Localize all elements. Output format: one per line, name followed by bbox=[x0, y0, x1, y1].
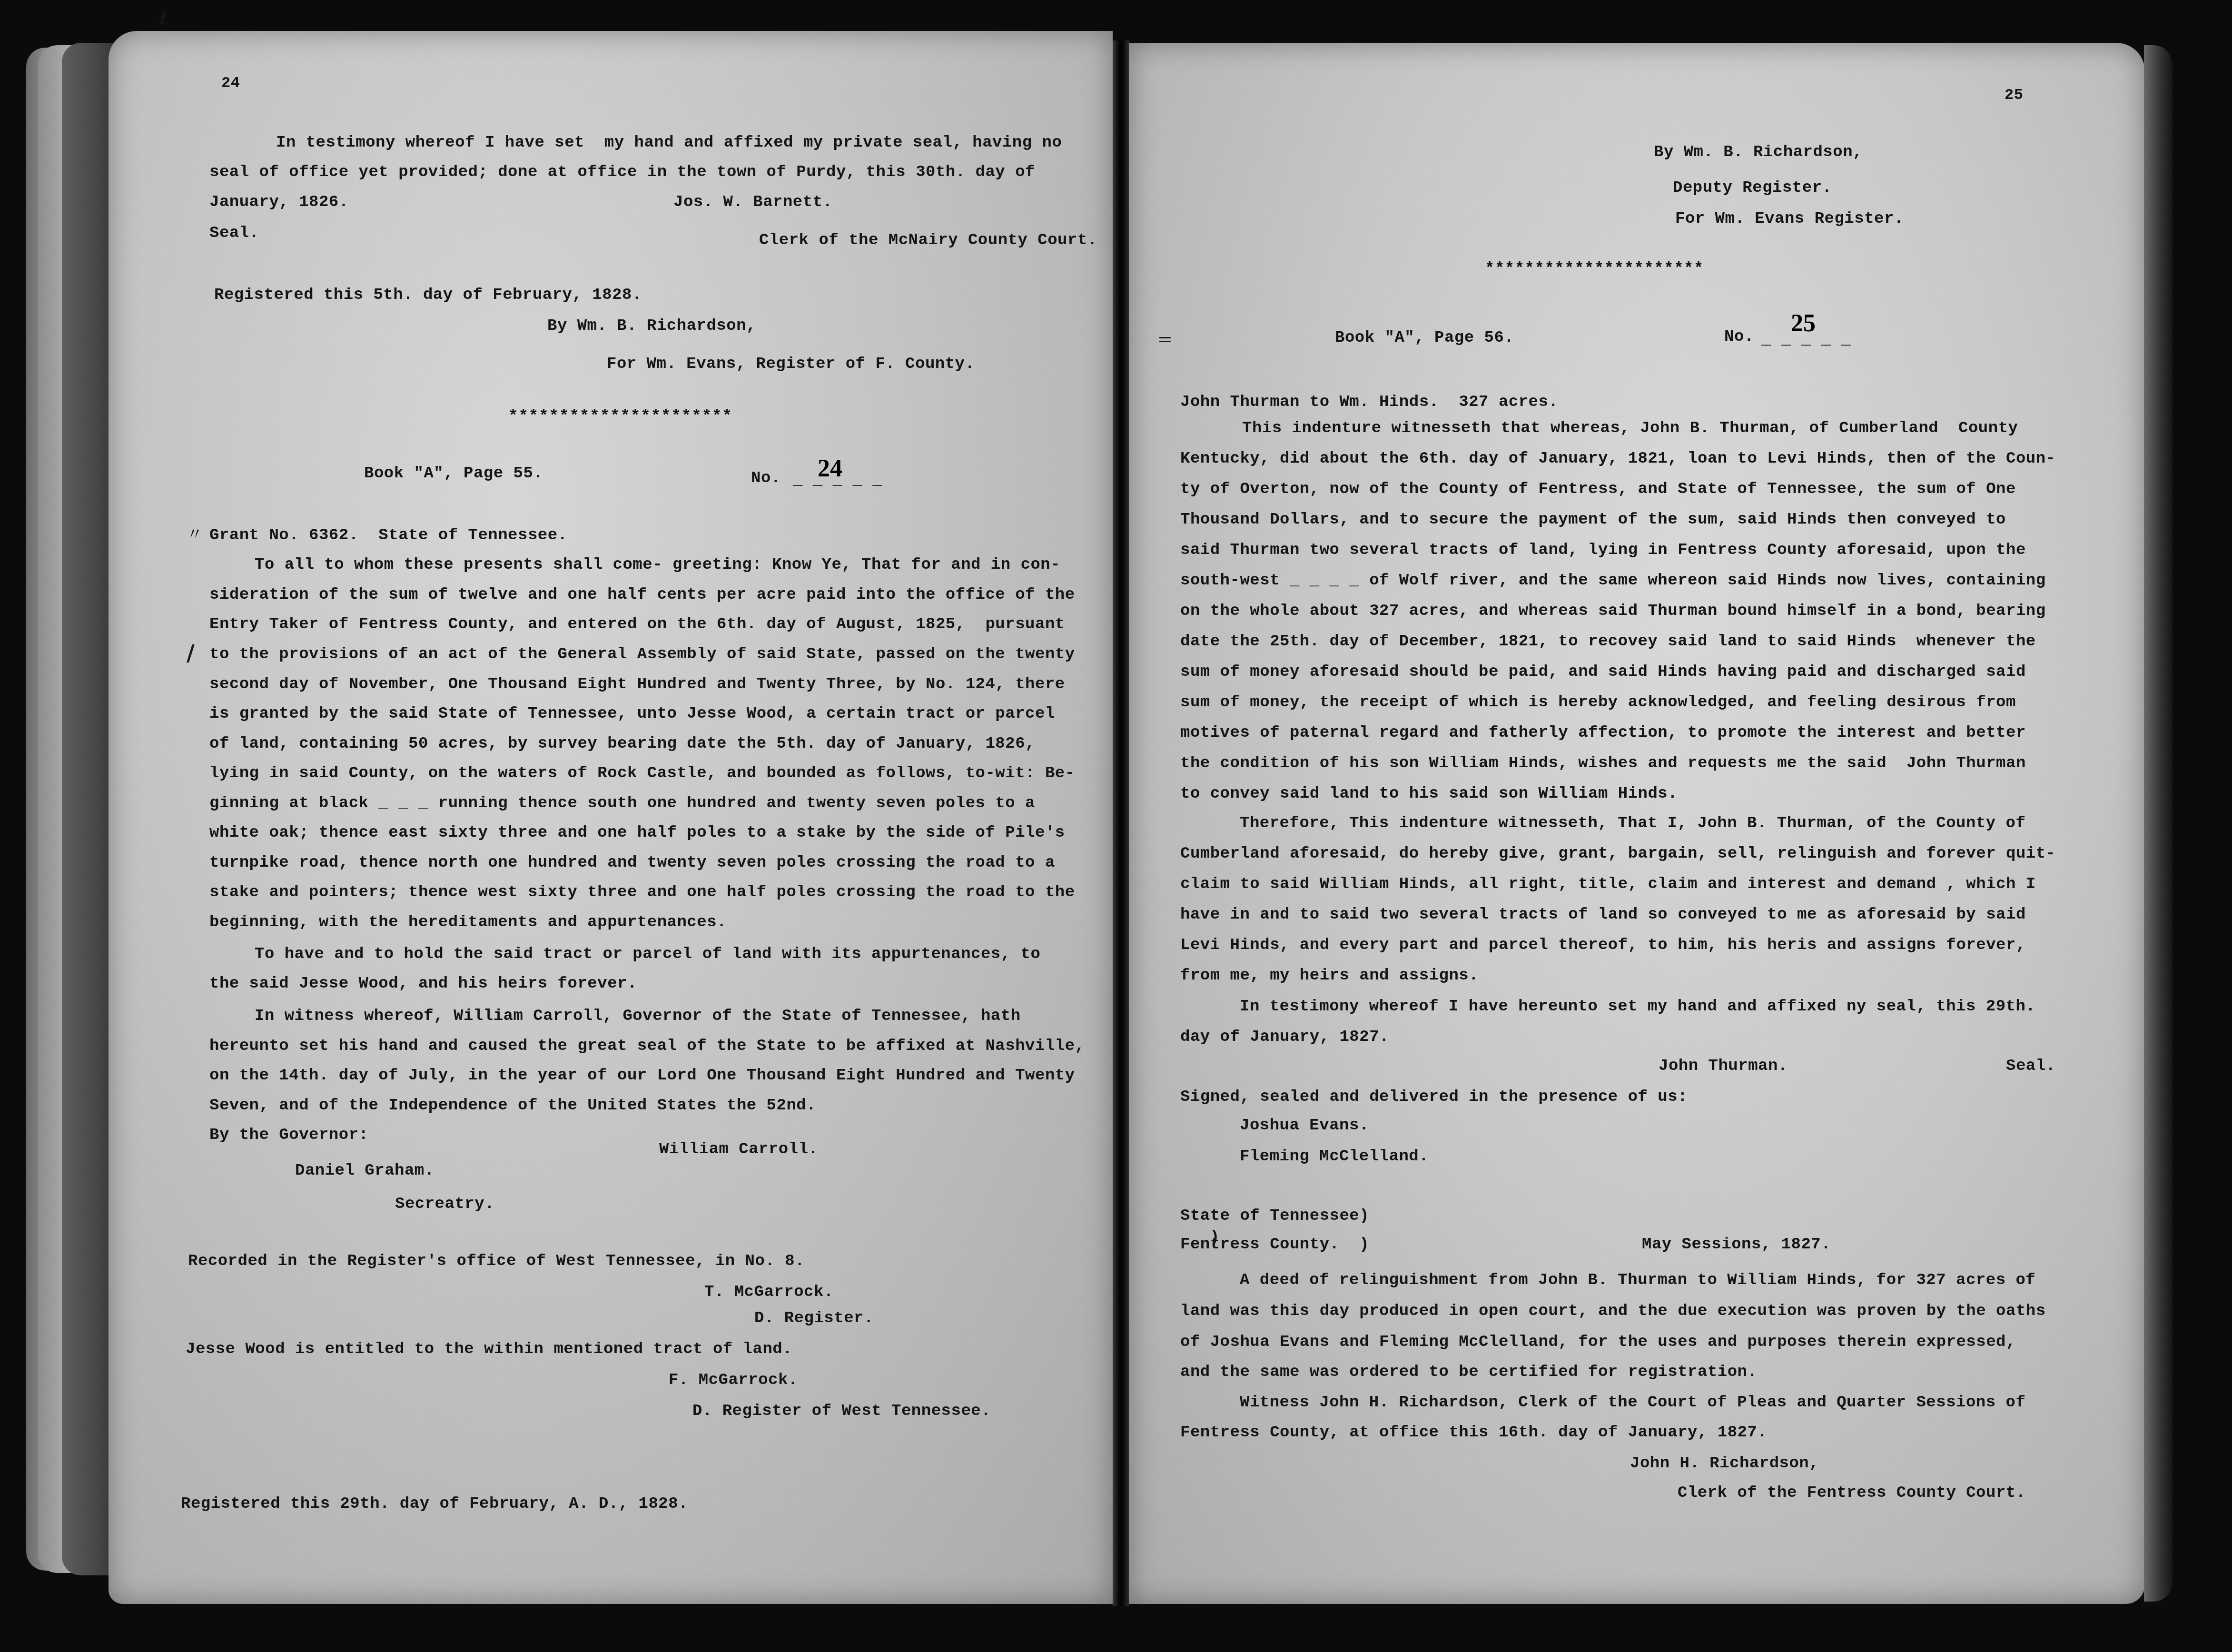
text-line: In testimony whereof I have hereunto set… bbox=[1240, 997, 2035, 1016]
text-line: Book "A", Page 55. bbox=[364, 464, 543, 483]
text-line: Fentress County. ) bbox=[1180, 1235, 1369, 1254]
text-line: Seal. bbox=[2006, 1057, 2056, 1076]
text-line: ********************** bbox=[1485, 259, 1704, 278]
text-line: By the Governor: bbox=[209, 1126, 368, 1145]
text-line: Witness John H. Richardson, Clerk of the… bbox=[1240, 1393, 2025, 1412]
margin-mark-grant: 〃 bbox=[187, 521, 203, 544]
text-line: Cumberland aforesaid, do hereby give, gr… bbox=[1180, 844, 2056, 863]
text-line: from me, my heirs and assigns. bbox=[1180, 966, 1479, 985]
entry-number-handwritten: 25 bbox=[1791, 309, 1816, 337]
open-register-book: ℓ 〃 / = 24 In testimony whereof I have s… bbox=[0, 0, 2232, 1652]
text-line: land was this day produced in open court… bbox=[1180, 1302, 2046, 1321]
text-line: sideration of the sum of twelve and one … bbox=[209, 585, 1075, 604]
text-line: lying in said County, on the waters of R… bbox=[209, 764, 1075, 783]
text-line: D. Register of West Tennessee. bbox=[692, 1402, 991, 1421]
text-line: Clerk of the Fentress County Court. bbox=[1678, 1484, 2026, 1503]
page-number: 25 bbox=[2005, 86, 2023, 105]
text-line: Registered this 29th. day of February, A… bbox=[181, 1494, 688, 1514]
text-line: sum of money, the receipt of which is he… bbox=[1180, 693, 2016, 712]
margin-mark-provisions: / bbox=[187, 640, 195, 666]
text-line: ginning at black _ _ _ running thence so… bbox=[209, 794, 1035, 813]
text-line: William Carroll. bbox=[659, 1140, 818, 1159]
text-line: said Thurman two several tracts of land,… bbox=[1180, 541, 2026, 560]
book-spine bbox=[1113, 40, 1129, 1606]
text-line: day of January, 1827. bbox=[1180, 1028, 1389, 1047]
text-line: stake and pointers; thence west sixty th… bbox=[209, 883, 1075, 902]
text-line: T. McGarrock. bbox=[704, 1283, 834, 1302]
text-line: January, 1826. bbox=[209, 193, 349, 212]
text-line: To have and to hold the said tract or pa… bbox=[255, 945, 1040, 964]
text-line: Secreatry. bbox=[395, 1195, 494, 1214]
text-line: on the whole about 327 acres, and wherea… bbox=[1180, 602, 2046, 621]
page-number: 24 bbox=[221, 74, 240, 93]
entry-number-handwritten: 24 bbox=[818, 455, 842, 483]
text-line: May Sessions, 1827. bbox=[1642, 1235, 1831, 1254]
text-line: to the provisions of an act of the Gener… bbox=[209, 645, 1075, 664]
text-line: of Joshua Evans and Fleming McClelland, … bbox=[1180, 1333, 2016, 1352]
text-line: hereunto set his hand and caused the gre… bbox=[209, 1037, 1085, 1056]
text-line: beginning, with the hereditaments and ap… bbox=[209, 913, 727, 932]
text-line: Seven, and of the Independence of the Un… bbox=[209, 1096, 816, 1115]
text-line: Recorded in the Register's office of Wes… bbox=[188, 1252, 805, 1271]
text-line: To all to whom these presents shall come… bbox=[255, 555, 1060, 574]
text-line: Kentucky, did about the 6th. day of Janu… bbox=[1180, 449, 2056, 468]
text-line: Book "A", Page 56. bbox=[1335, 328, 1514, 347]
text-line: F. McGarrock. bbox=[669, 1371, 798, 1390]
text-line: State of Tennessee) bbox=[1180, 1207, 1369, 1226]
text-line: For Wm. Evans, Register of F. County. bbox=[607, 355, 975, 374]
page-edge-right bbox=[2144, 45, 2173, 1602]
entry-number-label: No. bbox=[751, 469, 781, 488]
text-line: Levi Hinds, and every part and parcel th… bbox=[1180, 936, 2026, 955]
text-line: Jesse Wood is entitled to the within men… bbox=[186, 1340, 792, 1359]
text-line: second day of November, One Thousand Eig… bbox=[209, 675, 1065, 694]
text-line: Daniel Graham. bbox=[295, 1161, 435, 1180]
text-line: A deed of relinguishment from John B. Th… bbox=[1240, 1271, 2035, 1290]
text-line: south-west _ _ _ _ of Wolf river, and th… bbox=[1180, 571, 2046, 590]
text-line: Registered this 5th. day of February, 18… bbox=[214, 286, 642, 305]
text-line: Deputy Register. bbox=[1673, 178, 1832, 198]
text-line: For Wm. Evans Register. bbox=[1675, 209, 1904, 228]
text-line: D. Register. bbox=[754, 1309, 874, 1328]
text-line: ********************** bbox=[508, 407, 732, 426]
margin-mark-book: = bbox=[1157, 328, 1173, 349]
text-line: the said Jesse Wood, and his heirs forev… bbox=[209, 974, 637, 993]
text-line: sum of money aforesaid should be paid, a… bbox=[1180, 663, 2026, 682]
text-line: claim to said William Hinds, all right, … bbox=[1180, 875, 2036, 894]
text-line: Seal. bbox=[209, 224, 259, 243]
text-line: ty of Overton, now of the County of Fent… bbox=[1180, 480, 2016, 499]
text-line: In witness whereof, William Carroll, Gov… bbox=[255, 1007, 1021, 1026]
text-line: white oak; thence east sixty three and o… bbox=[209, 823, 1065, 842]
text-line: Entry Taker of Fentress County, and ente… bbox=[209, 615, 1065, 634]
text-line: In testimony whereof I have set my hand … bbox=[276, 133, 1062, 152]
text-line: turnpike road, thence north one hundred … bbox=[209, 853, 1055, 872]
margin-mark-top: ℓ bbox=[159, 7, 168, 29]
text-line: Signed, sealed and delivered in the pres… bbox=[1180, 1088, 1688, 1107]
text-line: Fentress County, at office this 16th. da… bbox=[1180, 1423, 1767, 1442]
text-line: to convey said land to his said son Will… bbox=[1180, 784, 1678, 803]
text-line: Joshua Evans. bbox=[1240, 1116, 1369, 1135]
text-line: on the 14th. day of July, in the year of… bbox=[209, 1066, 1075, 1085]
text-line: and the same was ordered to be certified… bbox=[1180, 1363, 1757, 1382]
text-line: Jos. W. Barnett. bbox=[673, 193, 832, 212]
text-line: Clerk of the McNairy County Court. bbox=[759, 231, 1097, 250]
text-line: John Thurman to Wm. Hinds. 327 acres. bbox=[1180, 393, 1558, 412]
text-line: date the 25th. day of December, 1821, to… bbox=[1180, 632, 2036, 651]
text-line: seal of office yet provided; done at off… bbox=[209, 163, 1035, 182]
text-line: Fleming McClelland. bbox=[1240, 1147, 1429, 1166]
text-line: By Wm. B. Richardson, bbox=[547, 317, 756, 336]
left-page bbox=[109, 31, 1113, 1604]
text-line: By Wm. B. Richardson, bbox=[1654, 143, 1863, 162]
entry-number-label: No. bbox=[1724, 327, 1754, 346]
text-line: have in and to said two several tracts o… bbox=[1180, 905, 2026, 924]
text-line: of land, containing 50 acres, by survey … bbox=[209, 734, 1035, 753]
text-line: Thousand Dollars, and to secure the paym… bbox=[1180, 510, 2006, 529]
text-line: Grant No. 6362. State of Tennessee. bbox=[209, 526, 568, 545]
text-line: This indenture witnesseth that whereas, … bbox=[1242, 419, 2018, 438]
text-line: John H. Richardson, bbox=[1630, 1454, 1819, 1473]
text-line: the condition of his son William Hinds, … bbox=[1180, 754, 2026, 773]
text-line: John Thurman. bbox=[1659, 1057, 1788, 1076]
text-line: motives of paternal regard and fatherly … bbox=[1180, 723, 2026, 742]
text-line: Therefore, This indenture witnesseth, Th… bbox=[1240, 814, 2025, 833]
text-line: is granted by the said State of Tennesse… bbox=[209, 704, 1055, 723]
